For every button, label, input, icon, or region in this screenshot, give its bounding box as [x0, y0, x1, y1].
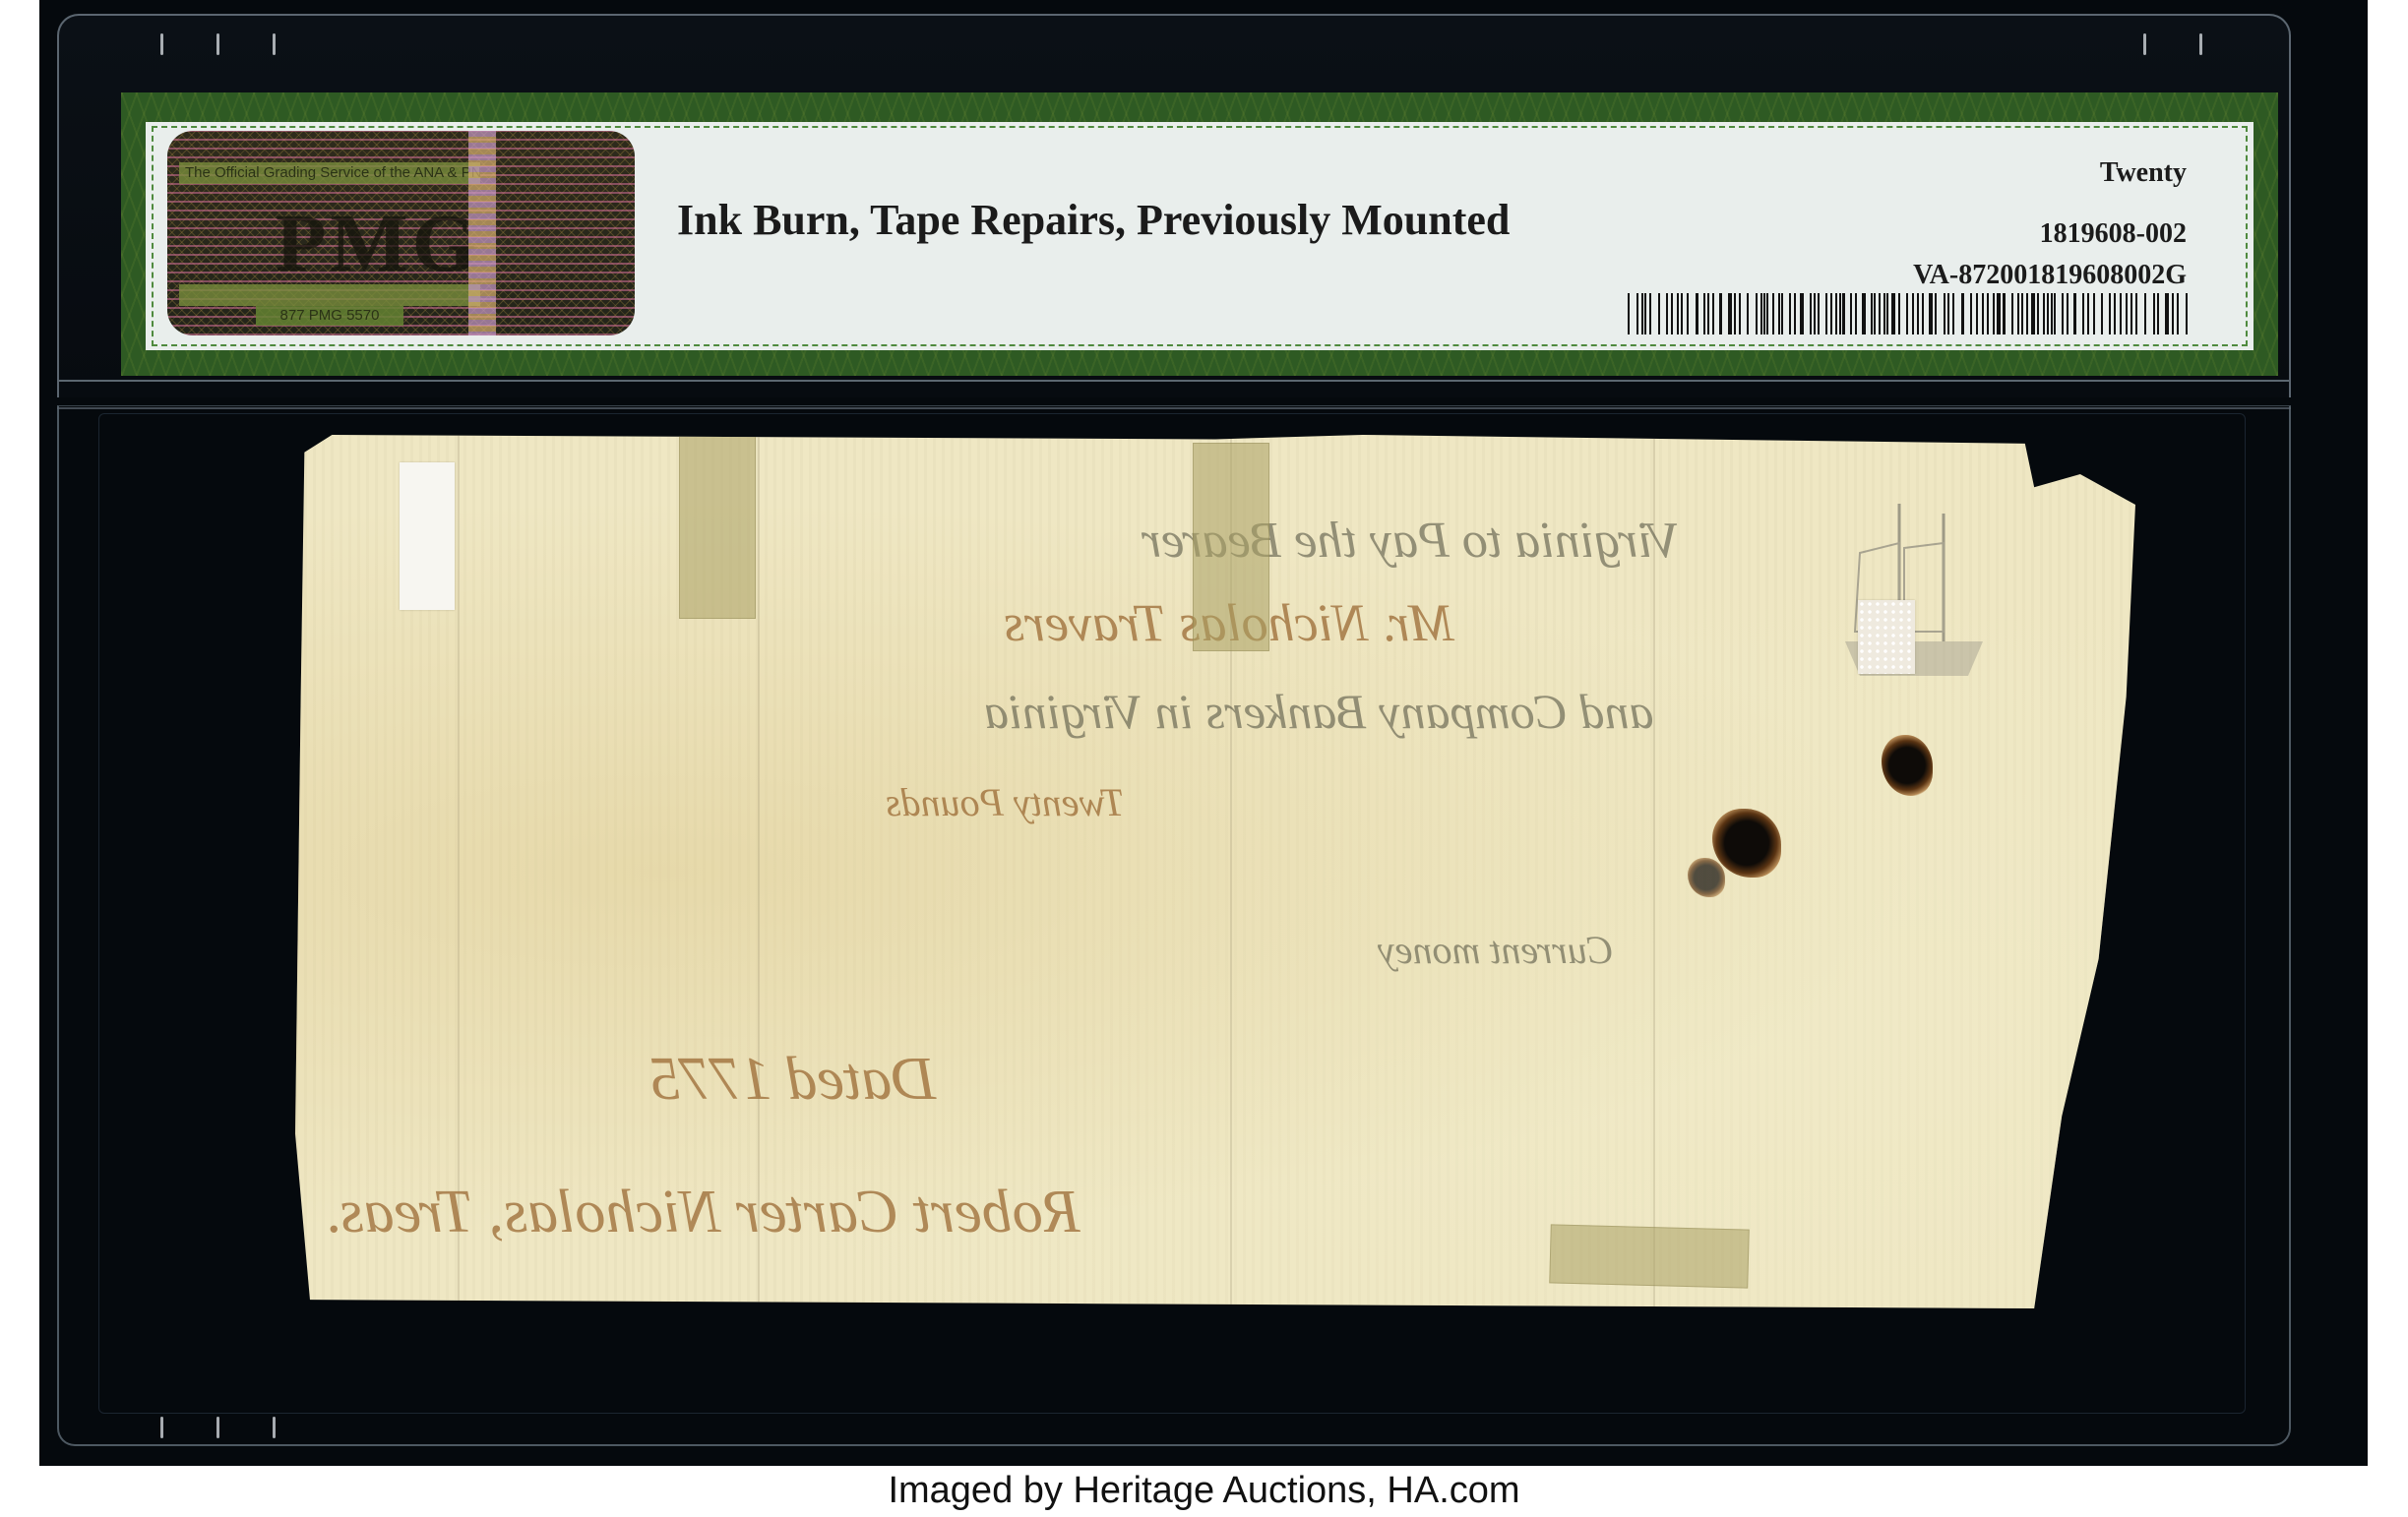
barcode-bar [1636, 293, 1638, 334]
barcode-bar [1944, 293, 1945, 334]
note-text-line: Current money [1378, 927, 1614, 973]
holder-notch [2143, 33, 2146, 55]
barcode-bar [1789, 293, 1791, 334]
hologram-security-stripe [468, 131, 496, 335]
barcode-bar [1747, 293, 1749, 334]
barcode-bar [2177, 293, 2179, 334]
barcode-bar [1781, 293, 1783, 334]
barcode-bar [1976, 293, 1978, 334]
barcode-bar [1671, 293, 1673, 334]
barcode-bar [1970, 293, 1972, 334]
slab-code: VA-872001819608002G [1913, 260, 2187, 291]
holder-notch [273, 33, 276, 55]
label-comments: Ink Burn, Tape Repairs, Previously Mount… [677, 195, 1510, 245]
barcode-bar [1874, 293, 1876, 334]
hologram-band [179, 284, 480, 306]
barcode-bar [1935, 293, 1937, 334]
holder-notch [216, 1417, 219, 1438]
barcode-bar [1947, 293, 1949, 334]
barcode-bar [1922, 293, 1924, 334]
ink-burn-hole [1882, 735, 1933, 796]
barcode-bar [1883, 293, 1885, 334]
barcode-bar [1987, 293, 1989, 334]
barcode-bar [1763, 293, 1765, 334]
barcode-bar [2167, 293, 2169, 334]
barcode-bar [1835, 293, 1837, 334]
barcode-bar [2172, 293, 2174, 334]
barcode-bar [2114, 293, 2116, 334]
barcode-bar [2051, 293, 2053, 334]
note-text-line: Dated 1775 [649, 1045, 936, 1115]
ink-burn-stain [1688, 858, 1725, 897]
barcode-bar [2017, 293, 2019, 334]
tape-repair [1193, 443, 1269, 651]
barcode-bar [1772, 293, 1774, 334]
barcode-bar [1677, 293, 1679, 334]
barcode-bar [1760, 293, 1762, 334]
hologram-tagline: The Official Grading Service of the ANA … [179, 162, 480, 184]
holder-ridge [57, 407, 2291, 409]
note-text-line: Twenty Pounds [886, 779, 1125, 825]
barcode-bar [2067, 293, 2068, 334]
barcode-bar [1999, 293, 2001, 334]
hologram-phone: 877 PMG 5570 [256, 306, 403, 326]
barcode-bar [1871, 293, 1873, 334]
barcode-bar [1893, 293, 1895, 334]
image-credit: Imaged by Heritage Auctions, HA.com [0, 1470, 2408, 1512]
barcode-bar [1658, 293, 1660, 334]
grading-label: The Official Grading Service of the ANA … [121, 92, 2278, 376]
barcode-bar [2093, 293, 2095, 334]
barcode-bar [1649, 293, 1651, 334]
barcode-bar [1962, 293, 1964, 334]
cert-number: 1819608-002 [2040, 218, 2187, 250]
barcode-bar [1864, 293, 1866, 334]
barcode-bar [1952, 293, 1954, 334]
barcode-bar [1730, 293, 1732, 334]
barcode-bar [2186, 293, 2188, 334]
barcode-bar [2026, 293, 2028, 334]
barcode-bar [1982, 293, 1984, 334]
barcode-bar [1886, 293, 1888, 334]
barcode [1628, 293, 2189, 334]
barcode-bar [1931, 293, 1933, 334]
barcode-bar [2144, 293, 2146, 334]
ink-burn-hole [1712, 809, 1781, 878]
barcode-bar [2047, 293, 2049, 334]
holder-notch [160, 33, 163, 55]
holder-notch [216, 33, 219, 55]
barcode-bar [2082, 293, 2084, 334]
holder-ridge [57, 380, 2291, 382]
barcode-bar [1778, 293, 1780, 334]
barcode-bar [1879, 293, 1881, 334]
barcode-bar [2043, 293, 2045, 334]
holder-notch [2199, 33, 2202, 55]
label-panel: The Official Grading Service of the ANA … [146, 122, 2254, 350]
paper-mount-remnant [1858, 600, 1915, 674]
barcode-bar [1628, 293, 1630, 334]
barcode-bar [1681, 293, 1683, 334]
paper-mount-remnant [400, 462, 455, 610]
barcode-bar [2157, 293, 2159, 334]
barcode-bar [1644, 293, 1646, 334]
barcode-bar [1734, 293, 1736, 334]
barcode-bar [2130, 293, 2132, 334]
barcode-bar [1720, 293, 1722, 334]
barcode-bar [1839, 293, 1841, 334]
barcode-bar [1818, 293, 1820, 334]
barcode-bar [1802, 293, 1804, 334]
barcode-bar [1814, 293, 1816, 334]
barcode-bar [2120, 293, 2122, 334]
hologram: The Official Grading Service of the ANA … [167, 131, 635, 335]
barcode-bar [2109, 293, 2111, 334]
tape-repair [679, 435, 756, 619]
barcode-bar [1756, 293, 1758, 334]
barcode-bar [2126, 293, 2128, 334]
barcode-bar [1906, 293, 1908, 334]
denomination: Twenty [2100, 157, 2187, 189]
barcode-bar [2074, 293, 2076, 334]
barcode-bar [2037, 293, 2039, 334]
barcode-bar [1850, 293, 1852, 334]
holder-notch [160, 1417, 163, 1438]
barcode-bar [2087, 293, 2089, 334]
barcode-bar [2054, 293, 2056, 334]
barcode-bar [2011, 293, 2013, 334]
barcode-bar [1830, 293, 1832, 334]
barcode-bar [1794, 293, 1796, 334]
barcode-bar [1855, 293, 1857, 334]
barcode-bar [1666, 293, 1668, 334]
barcode-bar [1993, 293, 1995, 334]
barcode-bar [1697, 293, 1698, 334]
signature: Robert Carter Nicholas, Treas. [325, 1178, 1081, 1247]
barcode-bar [2062, 293, 2064, 334]
note-text-line: and Company Bankers in Virginia [984, 683, 1654, 740]
barcode-bar [2004, 293, 2006, 334]
pmg-logo: PMG [276, 196, 480, 291]
barcode-bar [1687, 293, 1689, 334]
barcode-bar [1810, 293, 1812, 334]
barcode-bar [1898, 293, 1900, 334]
barcode-bar [1917, 293, 1919, 334]
barcode-bar [1703, 293, 1705, 334]
barcode-bar [1912, 293, 1914, 334]
barcode-bar [1641, 293, 1643, 334]
barcode-bar [1739, 293, 1741, 334]
barcode-bar [2033, 293, 2035, 334]
barcode-bar [2135, 293, 2137, 334]
barcode-bar [1843, 293, 1845, 334]
holder-notch [273, 1417, 276, 1438]
barcode-bar [1766, 293, 1768, 334]
barcode-bar [2101, 293, 2103, 334]
banknote: Virginia to Pay the Bearer Mr. Nicholas … [295, 435, 2135, 1308]
barcode-bar [1712, 293, 1714, 334]
barcode-bar [1825, 293, 1827, 334]
barcode-bar [1707, 293, 1709, 334]
tape-repair [1549, 1224, 1750, 1288]
barcode-bar [2153, 293, 2155, 334]
barcode-bar [2021, 293, 2023, 334]
